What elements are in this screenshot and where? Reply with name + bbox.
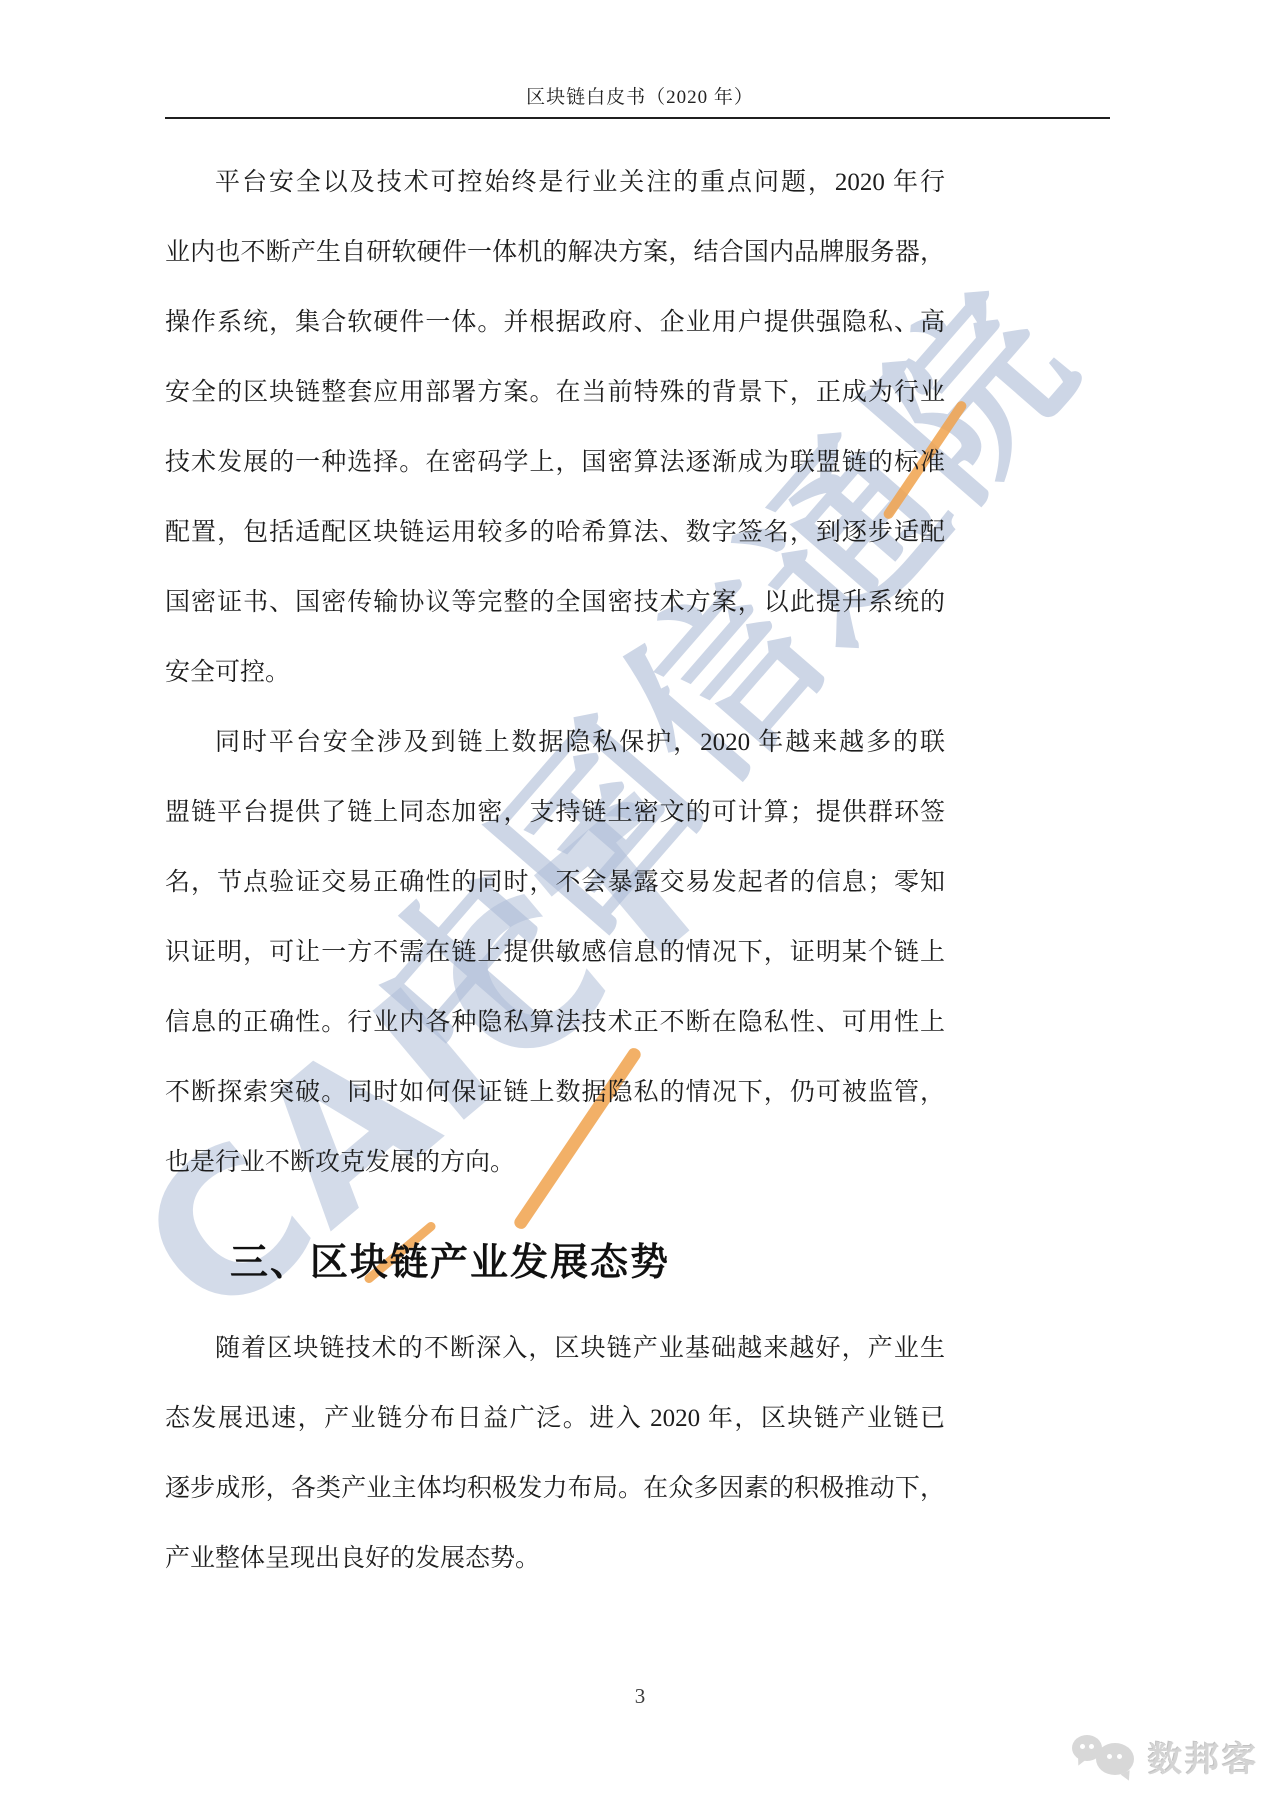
body-line: 不断探索突破。同时如何保证链上数据隐私的情况下，仍可被监管， bbox=[165, 1058, 945, 1128]
footer-brand-label: 数邦客 bbox=[1148, 1732, 1259, 1781]
body-line: 平台安全以及技术可控始终是行业关注的重点问题，2020 年行 bbox=[165, 148, 945, 218]
body-line: 技术发展的一种选择。在密码学上，国密算法逐渐成为联盟链的标准 bbox=[165, 428, 945, 498]
body-line: 随着区块链技术的不断深入，区块链产业基础越来越好，产业生 bbox=[165, 1314, 945, 1384]
body-line: 操作系统，集合软硬件一体。并根据政府、企业用户提供强隐私、高 bbox=[165, 288, 945, 358]
body-line: 识证明，可让一方不需在链上提供敏感信息的情况下，证明某个链上 bbox=[165, 918, 945, 988]
body-line: 配置，包括适配区块链运用较多的哈希算法、数字签名，到逐步适配 bbox=[165, 498, 945, 568]
body-paragraph: 同时平台安全涉及到链上数据隐私保护，2020 年越来越多的联盟链平台提供了链上同… bbox=[165, 708, 945, 1198]
body-line: 产业整体呈现出良好的发展态势。 bbox=[165, 1524, 945, 1594]
body-line: 安全的区块链整套应用部署方案。在当前特殊的背景下，正成为行业 bbox=[165, 358, 945, 428]
body-line: 同时平台安全涉及到链上数据隐私保护，2020 年越来越多的联 bbox=[165, 708, 945, 778]
body-line: 盟链平台提供了链上同态加密，支持链上密文的可计算；提供群环签 bbox=[165, 778, 945, 848]
body-paragraph: 平台安全以及技术可控始终是行业关注的重点问题，2020 年行业内也不断产生自研软… bbox=[165, 148, 945, 708]
body-line: 信息的正确性。行业内各种隐私算法技术正不断在隐私性、可用性上 bbox=[165, 988, 945, 1058]
body-line: 国密证书、国密传输协议等完整的全国密技术方案，以此提升系统的 bbox=[165, 568, 945, 638]
body-line: 名，节点验证交易正确性的同时，不会暴露交易发起者的信息；零知 bbox=[165, 848, 945, 918]
section-heading: 三、区块链产业发展态势 bbox=[165, 1228, 945, 1298]
chat-bubbles-icon bbox=[1072, 1733, 1138, 1781]
page-number: 3 bbox=[0, 1684, 1280, 1709]
body-line: 也是行业不断攻克发展的方向。 bbox=[165, 1128, 945, 1198]
header-rule bbox=[165, 117, 1110, 119]
document-page: 区块链白皮书（2020 年） 平台安全以及技术可控始终是行业关注的重点问题，20… bbox=[0, 0, 1280, 1811]
body-line: 态发展迅速，产业链分布日益广泛。进入 2020 年，区块链产业链已 bbox=[165, 1384, 945, 1454]
document-body: 平台安全以及技术可控始终是行业关注的重点问题，2020 年行业内也不断产生自研软… bbox=[165, 148, 945, 1594]
body-line: 业内也不断产生自研软硬件一体机的解决方案，结合国内品牌服务器， bbox=[165, 218, 945, 288]
body-line: 安全可控。 bbox=[165, 638, 945, 708]
body-paragraph: 随着区块链技术的不断深入，区块链产业基础越来越好，产业生态发展迅速，产业链分布日… bbox=[165, 1314, 945, 1594]
footer-brand: 数邦客 bbox=[1072, 1732, 1259, 1781]
page-header-title: 区块链白皮书（2020 年） bbox=[0, 82, 1280, 109]
body-line: 逐步成形，各类产业主体均积极发力布局。在众多因素的积极推动下， bbox=[165, 1454, 945, 1524]
